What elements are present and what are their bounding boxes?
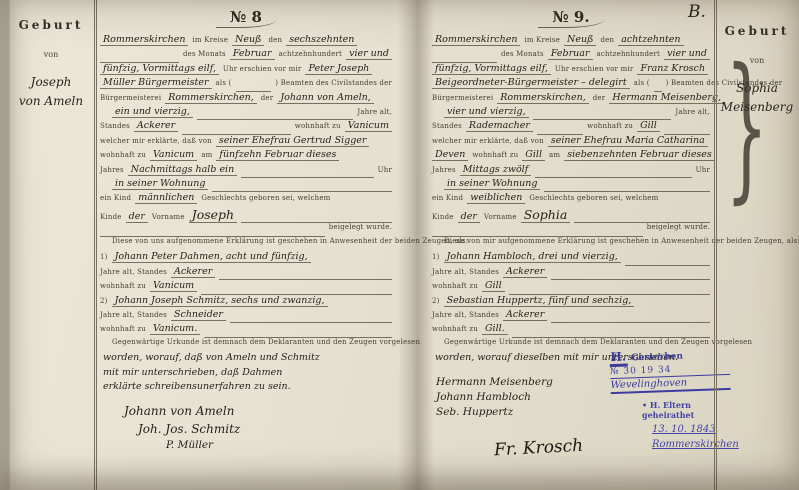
printed-form-text: Jahre alt, Standes <box>100 268 167 276</box>
blank-rule <box>204 323 392 337</box>
blank-rule <box>509 280 710 294</box>
stamp-h-initial: H. <box>609 349 627 367</box>
form-line: Devenwohnhaft zuGillamsiebenzehnten Febr… <box>432 149 710 163</box>
printed-form-text: welcher mir erklärte, daß von <box>100 137 212 145</box>
death-reference-stamp: H.Gestorben № 30 19 34 Wevelinghoven <box>609 346 730 394</box>
stamp-place: Wevelinghoven <box>610 376 730 394</box>
blank-rule <box>432 48 497 62</box>
handwritten-entry: in seiner Wohnung <box>112 178 208 190</box>
printed-form-text: wohnhaft zu <box>472 151 518 159</box>
handwritten-entry: fünfzehn Februar dieses <box>216 149 339 161</box>
printed-form-text: achtzehnhundert <box>279 50 343 58</box>
form-line: in seiner Wohnung <box>100 178 392 192</box>
handwritten-entry: Gill <box>522 149 545 161</box>
form-line: ein KindweiblichenGeschlechts geboren se… <box>432 192 710 206</box>
printed-form-text: der <box>593 94 606 102</box>
form-line: Jahre alt, StandesAckerer <box>100 266 392 280</box>
handwritten-entry: vier und vierzig, <box>444 106 529 118</box>
form-line: welcher mir erklärte, daß vonseiner Ehef… <box>100 135 392 149</box>
blank-rule <box>544 178 710 192</box>
blank-rule <box>574 207 710 223</box>
printed-form-text: den <box>600 36 614 44</box>
form-line: Gegenwärtige Urkunde ist demnach dem Dek… <box>100 338 392 352</box>
handwritten-entry: Johann Peter Dahmen, acht und fünfzig, <box>112 251 311 263</box>
printed-form-text: Gegenwärtige Urkunde ist demnach dem Dek… <box>112 338 420 346</box>
printed-form-text: beigelegt wurde. <box>329 223 392 231</box>
form-line: 1)Johann Peter Dahmen, acht und fünfzig, <box>100 251 392 265</box>
handwritten-entry: Rommerskirchen, <box>165 92 256 104</box>
handwritten-entry: der <box>458 211 480 223</box>
printed-form-text: beigelegt wurde. <box>647 223 710 231</box>
printed-form-text: Uhr erschien vor mir <box>223 65 302 73</box>
blank-rule <box>236 77 272 91</box>
printed-form-text: als ( <box>216 79 232 87</box>
form-line: wohnhaft zuGill <box>432 280 710 294</box>
printed-form-text: Standes <box>432 122 462 130</box>
blank-rule <box>664 120 710 134</box>
handwritten-entry: weiblichen <box>467 192 525 204</box>
handwritten-entry: Johann Hambloch, drei und vierzig, <box>444 251 621 263</box>
printed-form-text: wohnhaft zu <box>100 325 146 333</box>
handwritten-entry: Beigeordneter-Bürgermeister – delegirt <box>432 77 630 89</box>
printed-form-text: den <box>268 36 282 44</box>
handwritten-entry: fünfzig, Vormittags eilf, <box>100 63 219 75</box>
printed-form-text: Jahres <box>432 166 456 174</box>
printed-form-text: Bürgermeisterei <box>432 94 493 102</box>
form-line: Jahre alt, StandesAckerer <box>432 309 710 323</box>
form-line: fünfzig, Vormittags eilf,Uhr erschien vo… <box>432 63 710 77</box>
witness-signature: P. Müller <box>124 438 392 453</box>
printed-form-text: 2) <box>100 297 108 305</box>
blank-rule <box>230 309 392 323</box>
handwritten-entry: Ackerer <box>503 309 547 321</box>
handwritten-entry: Johann Joseph Schmitz, sechs und zwanzig… <box>112 295 328 307</box>
blank-rule <box>512 323 710 337</box>
right-margin-column: } Geburt von Sophia Meisenberg <box>714 0 797 490</box>
printed-form-text: wohnhaft zu <box>295 122 341 130</box>
printed-form-text: Uhr erschien vor mir <box>555 65 634 73</box>
handwritten-entry: seiner Ehefrau Maria Catharina <box>548 135 708 147</box>
handwritten-entry: Sebastian Huppertz, fünf und sechzig, <box>444 295 635 307</box>
handwritten-entry: erklärte schreibensunerfahren zu sein. <box>100 381 294 392</box>
form-line: Beigeordneter-Bürgermeister – delegirtal… <box>432 77 710 91</box>
form-line: wohnhaft zuVanicumamfünfzehn Februar die… <box>100 149 392 163</box>
witness-signature: Joh. Jos. Schmitz <box>124 421 392 438</box>
handwritten-entry: fünfzig, Vormittags eilf, <box>432 63 551 75</box>
form-line: erklärte schreibensunerfahren zu sein. <box>100 381 392 395</box>
printed-form-text: Vorname <box>484 213 517 221</box>
printed-form-text: welcher mir erklärte, daß von <box>432 137 544 145</box>
handwritten-entry: Gill <box>482 280 505 292</box>
handwritten-entry: seiner Ehefrau Gertrud Sigger <box>216 135 370 147</box>
blank-rule <box>201 280 392 294</box>
form-line: wohnhaft zuVanicum <box>100 280 392 294</box>
blank-rule <box>551 309 710 323</box>
blank-rule <box>432 223 643 237</box>
handwritten-entry: Vanicum <box>150 280 197 292</box>
printed-form-text: Geschlechts geboren sei, welchem <box>529 194 658 202</box>
printed-form-text: ) Beamten des Civilstandes der <box>275 79 392 87</box>
form-line: ein und vierzig,Jahre alt, <box>100 106 392 120</box>
handwritten-entry: Müller Bürgermeister <box>100 77 212 89</box>
handwritten-entry: Nachmittags halb ein <box>128 164 237 176</box>
registrar-signature: Fr. Krosch <box>494 436 584 461</box>
form-line: Diese von mir aufgenommene Erklärung ist… <box>432 237 710 251</box>
handwritten-entry: Neuß <box>564 34 596 46</box>
left-margin-column: Geburt von Joseph von Ameln <box>8 0 97 490</box>
handwritten-entry: Februar <box>548 48 593 60</box>
handwritten-entry: Februar <box>230 48 275 60</box>
printed-form-text: Jahre alt, <box>357 108 392 116</box>
form-line: KindederVornameSophia <box>432 207 710 223</box>
printed-form-text: wohnhaft zu <box>100 151 146 159</box>
form-line: des MonatsFebruarachtzehnhundertvier und <box>432 48 710 62</box>
form-line: BürgermeistereiRommerskirchen,derJohann … <box>100 92 392 106</box>
blank-rule <box>241 207 392 223</box>
printed-form-text: 2) <box>432 297 440 305</box>
form-line: fünfzig, Vormittags eilf,Uhr erschien vo… <box>100 63 392 77</box>
handwritten-entry: Rademacher <box>466 120 533 132</box>
handwritten-entry: vier und <box>346 48 392 60</box>
child-surname-left: von Ameln <box>8 92 94 111</box>
printed-form-text: Uhr <box>378 166 392 174</box>
printed-form-text: Bürgermeisterei <box>100 94 161 102</box>
handwritten-entry: Mittags zwölf <box>460 164 531 176</box>
handwritten-entry: männlichen <box>135 192 197 204</box>
form-line: Jahre alt, StandesAckerer <box>432 266 710 280</box>
handwritten-entry: Franz Krosch <box>637 63 708 75</box>
blank-rule <box>197 106 353 120</box>
form-line: wohnhaft zuGill. <box>432 323 710 337</box>
printed-form-text: Kinde <box>432 213 454 221</box>
handwritten-entry: Gill. <box>482 323 508 335</box>
printed-form-text: am <box>549 151 560 159</box>
form-line: 1)Johann Hambloch, drei und vierzig, <box>432 251 710 265</box>
form-line: Diese von uns aufgenommene Erklärung ist… <box>100 237 392 251</box>
printed-form-text: Gegenwärtige Urkunde ist demnach dem Dek… <box>444 338 752 346</box>
form-line: ein KindmännlichenGeschlechts geboren se… <box>100 192 392 206</box>
printed-form-text: Jahre alt, <box>675 108 710 116</box>
form-line: Müller Bürgermeisterals () Beamten des C… <box>100 77 392 91</box>
blank-rule <box>219 266 392 280</box>
form-line: beigelegt wurde. <box>432 223 710 237</box>
handwritten-entry: Vanicum. <box>150 323 200 335</box>
form-line: 2)Johann Joseph Schmitz, sechs und zwanz… <box>100 295 392 309</box>
form-line: Rommerskirchenim KreiseNeußdenachtzehnte… <box>432 34 710 48</box>
printed-form-text: achtzehnhundert <box>597 50 661 58</box>
printed-form-text: Jahre alt, Standes <box>100 311 167 319</box>
handwritten-entry: in seiner Wohnung <box>444 178 540 190</box>
printed-form-text: ein Kind <box>100 194 131 202</box>
form-line: in seiner Wohnung <box>432 178 710 192</box>
form-line: wohnhaft zuVanicum. <box>100 323 392 337</box>
printed-form-text: wohnhaft zu <box>432 282 478 290</box>
printed-form-text: Kinde <box>100 213 122 221</box>
printed-form-text: der <box>261 94 274 102</box>
handwritten-entry: Rommerskirchen <box>100 34 188 46</box>
handwritten-entry: Vanicum <box>345 120 392 132</box>
printed-form-text: Vorname <box>152 213 185 221</box>
handwritten-entry: Neuß <box>232 34 264 46</box>
blank-rule <box>100 48 179 62</box>
handwritten-entry: Vanicum <box>150 149 197 161</box>
margin-brace: } <box>725 36 768 219</box>
right-page-form-lines: Rommerskirchenim KreiseNeußdenachtzehnte… <box>432 34 710 367</box>
printed-form-text: 1) <box>100 253 108 261</box>
handwritten-entry: mit mir unterschrieben, daß Dahmen <box>100 367 285 378</box>
form-line: StandesRademacherwohnhaft zuGill <box>432 120 710 134</box>
handwritten-entry: Peter Joseph <box>305 63 372 75</box>
stamp-gestorben-label: Gestorben <box>631 352 683 364</box>
handwritten-entry: Rommerskirchen <box>432 34 520 46</box>
printed-form-text: wohnhaft zu <box>587 122 633 130</box>
handwritten-entry: Joseph <box>189 207 237 223</box>
handwritten-entry: Ackerer <box>134 120 178 132</box>
printed-form-text: des Monats <box>501 50 544 58</box>
blank-rule <box>551 266 710 280</box>
handwritten-entry: der <box>126 211 148 223</box>
blank-rule <box>241 164 373 178</box>
form-line: des MonatsFebruarachtzehnhundertvier und <box>100 48 392 62</box>
printed-form-text: wohnhaft zu <box>100 282 146 290</box>
left-page: № 8 Rommerskirchenim KreiseNeußdensechsz… <box>100 0 392 490</box>
form-line: worden, worauf, daß von Ameln und Schmit… <box>100 352 392 366</box>
handwritten-entry: siebenzehnten Februar dieses <box>564 149 715 161</box>
child-firstname-left: Joseph <box>8 73 94 92</box>
printed-form-text: Jahre alt, Standes <box>432 311 499 319</box>
handwritten-entry: vier und <box>664 48 710 60</box>
page-letter-mark: B. <box>688 2 706 22</box>
blank-rule <box>100 223 325 237</box>
handwritten-entry: ein und vierzig, <box>112 106 193 118</box>
form-line: welcher mir erklärte, daß vonseiner Ehef… <box>432 135 710 149</box>
handwritten-entry: Deven <box>432 149 468 161</box>
blank-rule <box>535 164 691 178</box>
record-number-left: № 8 <box>100 8 392 28</box>
left-page-signatures: Johann von AmelnJoh. Jos. SchmitzP. Müll… <box>100 403 392 453</box>
register-scan: Geburt von Joseph von Ameln № 8 Rommersk… <box>0 0 799 490</box>
form-line: 2)Sebastian Huppertz, fünf und sechzig, <box>432 295 710 309</box>
handwritten-entry: Hermann Meisenberg, <box>609 92 724 104</box>
form-line: vier und vierzig,Jahre alt, <box>432 106 710 120</box>
blank-rule <box>625 251 710 265</box>
printed-form-text: Geschlechts geboren sei, welchem <box>201 194 330 202</box>
handwritten-entry: achtzehnten <box>618 34 683 46</box>
printed-form-text: ein Kind <box>432 194 463 202</box>
form-line: JahresNachmittags halb einUhr <box>100 164 392 178</box>
printed-form-text: 1) <box>432 253 440 261</box>
form-line: StandesAckererwohnhaft zuVanicum <box>100 120 392 134</box>
child-name-margin-left: Joseph von Ameln <box>8 73 94 111</box>
printed-form-text: Uhr <box>696 166 710 174</box>
form-line: Rommerskirchenim KreiseNeußdensechszehnt… <box>100 34 392 48</box>
left-page-form-lines: Rommerskirchenim KreiseNeußdensechszehnt… <box>100 34 392 395</box>
form-line: beigelegt wurde. <box>100 223 392 237</box>
handwritten-entry: Gill <box>637 120 660 132</box>
printed-form-text: wohnhaft zu <box>432 325 478 333</box>
handwritten-entry: Schneider <box>171 309 226 321</box>
blank-rule <box>533 106 672 120</box>
printed-form-text: des Monats <box>183 50 226 58</box>
right-page: B. № 9. Rommerskirchenim KreiseNeußdenac… <box>432 0 710 490</box>
von-label-left: von <box>8 50 94 59</box>
printed-form-text: Standes <box>100 122 130 130</box>
form-line: JahresMittags zwölfUhr <box>432 164 710 178</box>
printed-form-text: im Kreise <box>192 36 228 44</box>
form-line: BürgermeistereiRommerskirchen,derHermann… <box>432 92 710 106</box>
stamp-heading: H.Gestorben <box>609 346 729 364</box>
printed-form-text: im Kreise <box>524 36 560 44</box>
handwritten-entry: Ackerer <box>503 266 547 278</box>
form-line: Jahre alt, StandesSchneider <box>100 309 392 323</box>
blank-rule <box>537 120 583 134</box>
birth-heading-left: Geburt <box>8 18 94 32</box>
form-line: KindederVornameJoseph <box>100 207 392 223</box>
handwritten-entry: Rommerskirchen, <box>497 92 588 104</box>
form-line: mit mir unterschrieben, daß Dahmen <box>100 367 392 381</box>
record-number-right: № 9. <box>432 8 710 28</box>
witness-signature: Johann von Ameln <box>124 403 392 420</box>
handwritten-entry: Johann von Ameln, <box>277 92 373 104</box>
blank-rule <box>212 178 392 192</box>
blank-rule <box>654 77 662 91</box>
blank-rule <box>182 120 291 134</box>
printed-form-text: Jahre alt, Standes <box>432 268 499 276</box>
center-fold <box>398 0 434 490</box>
handwritten-entry: sechszehnten <box>286 34 357 46</box>
handwritten-entry: Sophia <box>521 207 571 223</box>
printed-form-text: als ( <box>634 79 650 87</box>
printed-form-text: am <box>201 151 212 159</box>
handwritten-entry: Ackerer <box>171 266 215 278</box>
printed-form-text: Jahres <box>100 166 124 174</box>
handwritten-entry: worden, worauf, daß von Ameln und Schmit… <box>100 352 323 363</box>
